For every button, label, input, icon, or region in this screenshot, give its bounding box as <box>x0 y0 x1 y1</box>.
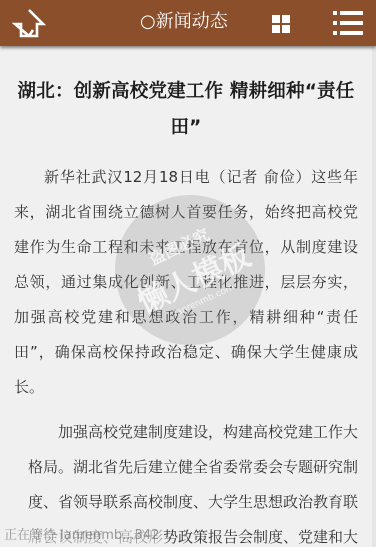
grid-icon <box>272 15 290 33</box>
page-title: ○新闻动态 <box>140 10 228 34</box>
article-paragraph: 新华社武汉12月18日电（记者 俞俭）这些年来，湖北省围绕立德树人首要任务，始终… <box>14 160 358 405</box>
list-menu-icon <box>333 10 363 36</box>
grid-button[interactable] <box>272 15 290 33</box>
vertical-scrollbar[interactable] <box>372 46 376 547</box>
home-button[interactable] <box>12 7 46 39</box>
article-title: 湖北：创新高校党建工作 精耕细种“责任田” <box>14 74 358 146</box>
home-icon <box>12 7 46 39</box>
top-nav-bar: ○新闻动态 <box>0 0 376 46</box>
article-content: 湖北：创新高校党建工作 精耕细种“责任田” 新华社武汉12月18日电（记者 俞俭… <box>0 46 372 547</box>
menu-button[interactable] <box>333 10 363 36</box>
browser-status-text: 正在等待 lanrenmb...342 <box>0 527 163 545</box>
